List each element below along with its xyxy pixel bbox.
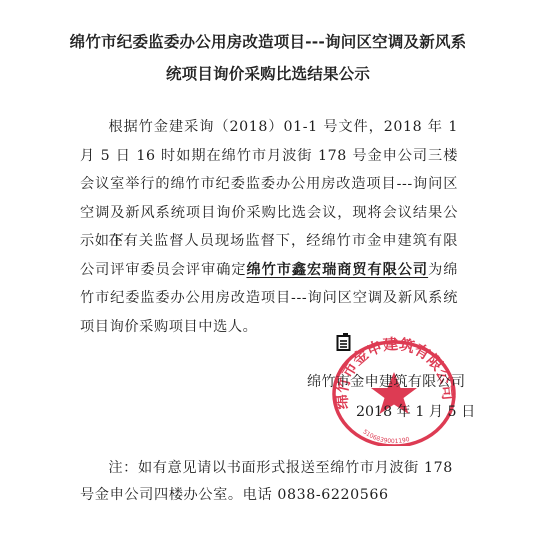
official-seal-stamp: 绵竹市金申建筑有限公司 5106839001190 [330, 336, 458, 446]
signature-date: 2018 年 1 月 5 日 [356, 401, 475, 421]
winning-bidder-name: 绵竹市鑫宏瑞商贸有限公司 [246, 262, 428, 278]
note-text: 注：如有意见请以书面形式报送至绵竹市月波街 178 号金申公司四楼办公室。电话 … [80, 455, 458, 509]
document-title-line-2: 统项目询价采购比选结果公示 [0, 62, 536, 84]
document-title-line-1: 绵竹市纪委监委办公用房改造项目---询问区空调及新风系 [0, 30, 536, 52]
note-section: 注：如有意见请以书面形式报送至绵竹市月波街 178 号金申公司四楼办公室。电话 … [80, 455, 458, 509]
paragraph-result: 在有关监督人员现场监督下，经绵竹市金申建筑有限公司评审委员会评审确定绵竹市鑫宏瑞… [80, 227, 458, 341]
paragraph-2-text: 在有关监督人员现场监督下，经绵竹市金申建筑有限公司评审委员会评审确定绵竹市鑫宏瑞… [80, 227, 458, 341]
clipboard-icon[interactable] [336, 333, 352, 351]
signature-company: 绵竹市金申建筑有限公司 [307, 371, 465, 391]
